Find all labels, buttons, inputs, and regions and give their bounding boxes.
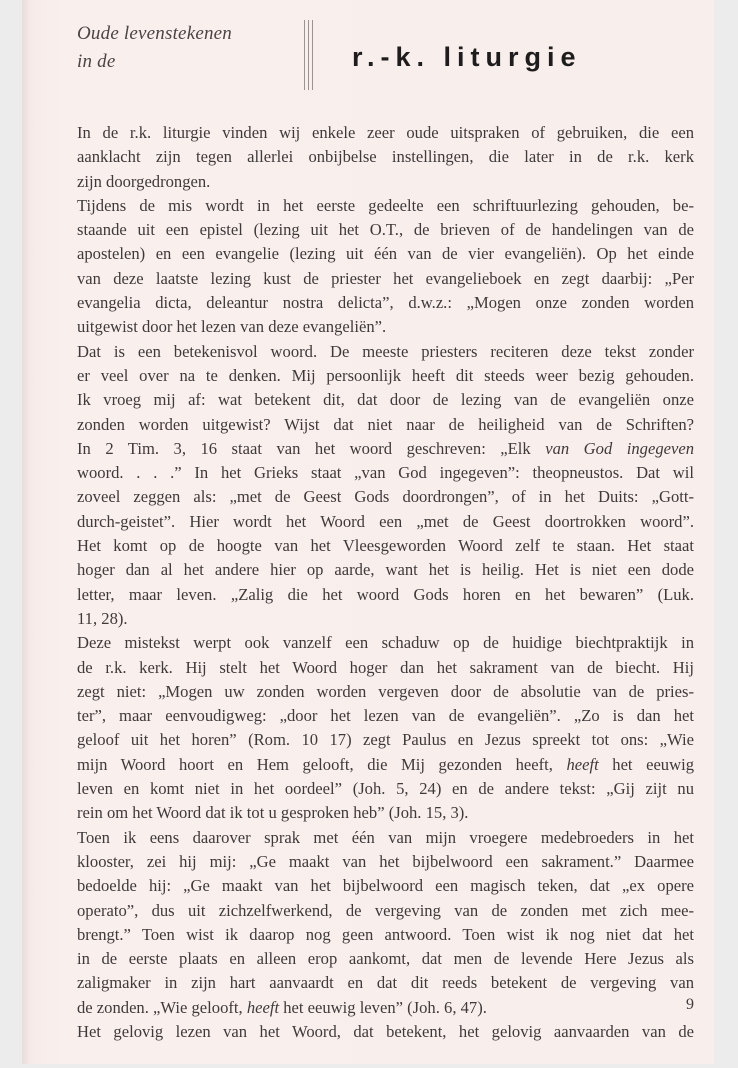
text-line: 11, 28). bbox=[77, 607, 694, 631]
italic-emphasis: heeft bbox=[247, 998, 279, 1017]
text-line: geloof uit het horen” (Rom. 10 17) zegt … bbox=[77, 728, 694, 752]
italic-emphasis: van God ingegeven bbox=[545, 439, 694, 458]
text-line: Toen ik eens daarover sprak met één van … bbox=[77, 826, 694, 850]
page-gutter-shadow bbox=[22, 0, 30, 1064]
text-line: bedoelde hij: „Ge maakt van het bijbelwo… bbox=[77, 874, 694, 898]
text-line: de r.k. kerk. Hij stelt het Woord hoger … bbox=[77, 656, 694, 680]
text-line: In de r.k. liturgie vinden wij enkele ze… bbox=[77, 121, 694, 145]
text-line: Ik vroeg mij af: wat betekent dit, dat d… bbox=[77, 388, 694, 412]
text-line: Dat is een betekenisvol woord. De meeste… bbox=[77, 340, 694, 364]
page: Oude levenstekenen in de r.-k. liturgie … bbox=[22, 0, 714, 1064]
text-line: durch-geistet”. Hier wordt het Woord een… bbox=[77, 510, 694, 534]
text-run: de zonden. „Wie gelooft, bbox=[77, 998, 247, 1017]
text-run: mijn Woord hoort en Hem gelooft, die Mij… bbox=[77, 755, 566, 774]
text-line: in de eerste plaats en alleen erop aanko… bbox=[77, 947, 694, 971]
text-line: leven en komt niet in het oordeel” (Joh.… bbox=[77, 777, 694, 801]
text-run: het eeuwig leven” (Joh. 6, 47). bbox=[279, 998, 487, 1017]
article-body: In de r.k. liturgie vinden wij enkele ze… bbox=[77, 121, 694, 1044]
text-line: Het gelovig lezen van het Woord, dat bet… bbox=[77, 1020, 694, 1044]
text-line: In 2 Tim. 3, 16 staat van het woord gesc… bbox=[77, 437, 694, 461]
kicker-line-1: Oude levenstekenen bbox=[77, 20, 232, 48]
text-run: In 2 Tim. 3, 16 staat van het woord gesc… bbox=[77, 439, 545, 458]
text-line: brengt.” Toen wist ik daarop nog geen an… bbox=[77, 923, 694, 947]
text-line: er veel over na te denken. Mij persoonli… bbox=[77, 364, 694, 388]
text-line: rein om het Woord dat ik tot u gesproken… bbox=[77, 801, 694, 825]
text-line: zegt niet: „Mogen uw zonden worden verge… bbox=[77, 680, 694, 704]
divider-rule bbox=[308, 20, 309, 90]
italic-emphasis: heeft bbox=[566, 755, 598, 774]
text-line: hoger dan al het andere hier op aarde, w… bbox=[77, 558, 694, 582]
article-kicker: Oude levenstekenen in de bbox=[77, 20, 232, 76]
text-line: ter”, maar eenvoudigweg: „door het lezen… bbox=[77, 704, 694, 728]
text-line: zaligmaker in zijn hart aanvaardt en dat… bbox=[77, 971, 694, 995]
text-line: uitgewist door het lezen van deze evange… bbox=[77, 315, 694, 339]
text-line: staande uit een epistel (lezing uit het … bbox=[77, 218, 694, 242]
text-line: de zonden. „Wie gelooft, heeft het eeuwi… bbox=[77, 996, 694, 1020]
text-line: Het komt op de hoogte van het Vleesgewor… bbox=[77, 534, 694, 558]
article-header: Oude levenstekenen in de r.-k. liturgie bbox=[22, 0, 714, 110]
text-line: woord. . . .” In het Grieks staat „van G… bbox=[77, 461, 694, 485]
divider-rule bbox=[304, 20, 305, 90]
text-line: evangelia dicta, deleantur nostra delict… bbox=[77, 291, 694, 315]
divider-rule bbox=[312, 20, 313, 90]
text-line: Tijdens de mis wordt in het eerste gedee… bbox=[77, 194, 694, 218]
text-line: aanklacht zijn tegen allerlei onbijbelse… bbox=[77, 145, 694, 169]
page-number: 9 bbox=[662, 996, 694, 1014]
text-line: zijn doorgedrongen. bbox=[77, 170, 694, 194]
kicker-line-2: in de bbox=[77, 48, 232, 76]
text-run: het eeuwig bbox=[599, 755, 694, 774]
text-line: letter, maar leven. „Zalig die het woord… bbox=[77, 583, 694, 607]
text-line: klooster, zei hij mij: „Ge maakt van het… bbox=[77, 850, 694, 874]
text-line: zonden worden uitgewist? Wijst dat niet … bbox=[77, 413, 694, 437]
header-divider bbox=[304, 20, 314, 90]
text-line: operato”, dus uit zichzelfwerkend, de ve… bbox=[77, 899, 694, 923]
text-line: apostelen) en een evangelie (lezing uit … bbox=[77, 242, 694, 266]
text-line: mijn Woord hoort en Hem gelooft, die Mij… bbox=[77, 753, 694, 777]
article-title: r.-k. liturgie bbox=[352, 42, 582, 73]
text-line: Deze mistekst werpt ook vanzelf een scha… bbox=[77, 631, 694, 655]
text-line: van deze laatste lezing kust de priester… bbox=[77, 267, 694, 291]
text-line: zoveel zeggen als: „met de Geest Gods do… bbox=[77, 485, 694, 509]
